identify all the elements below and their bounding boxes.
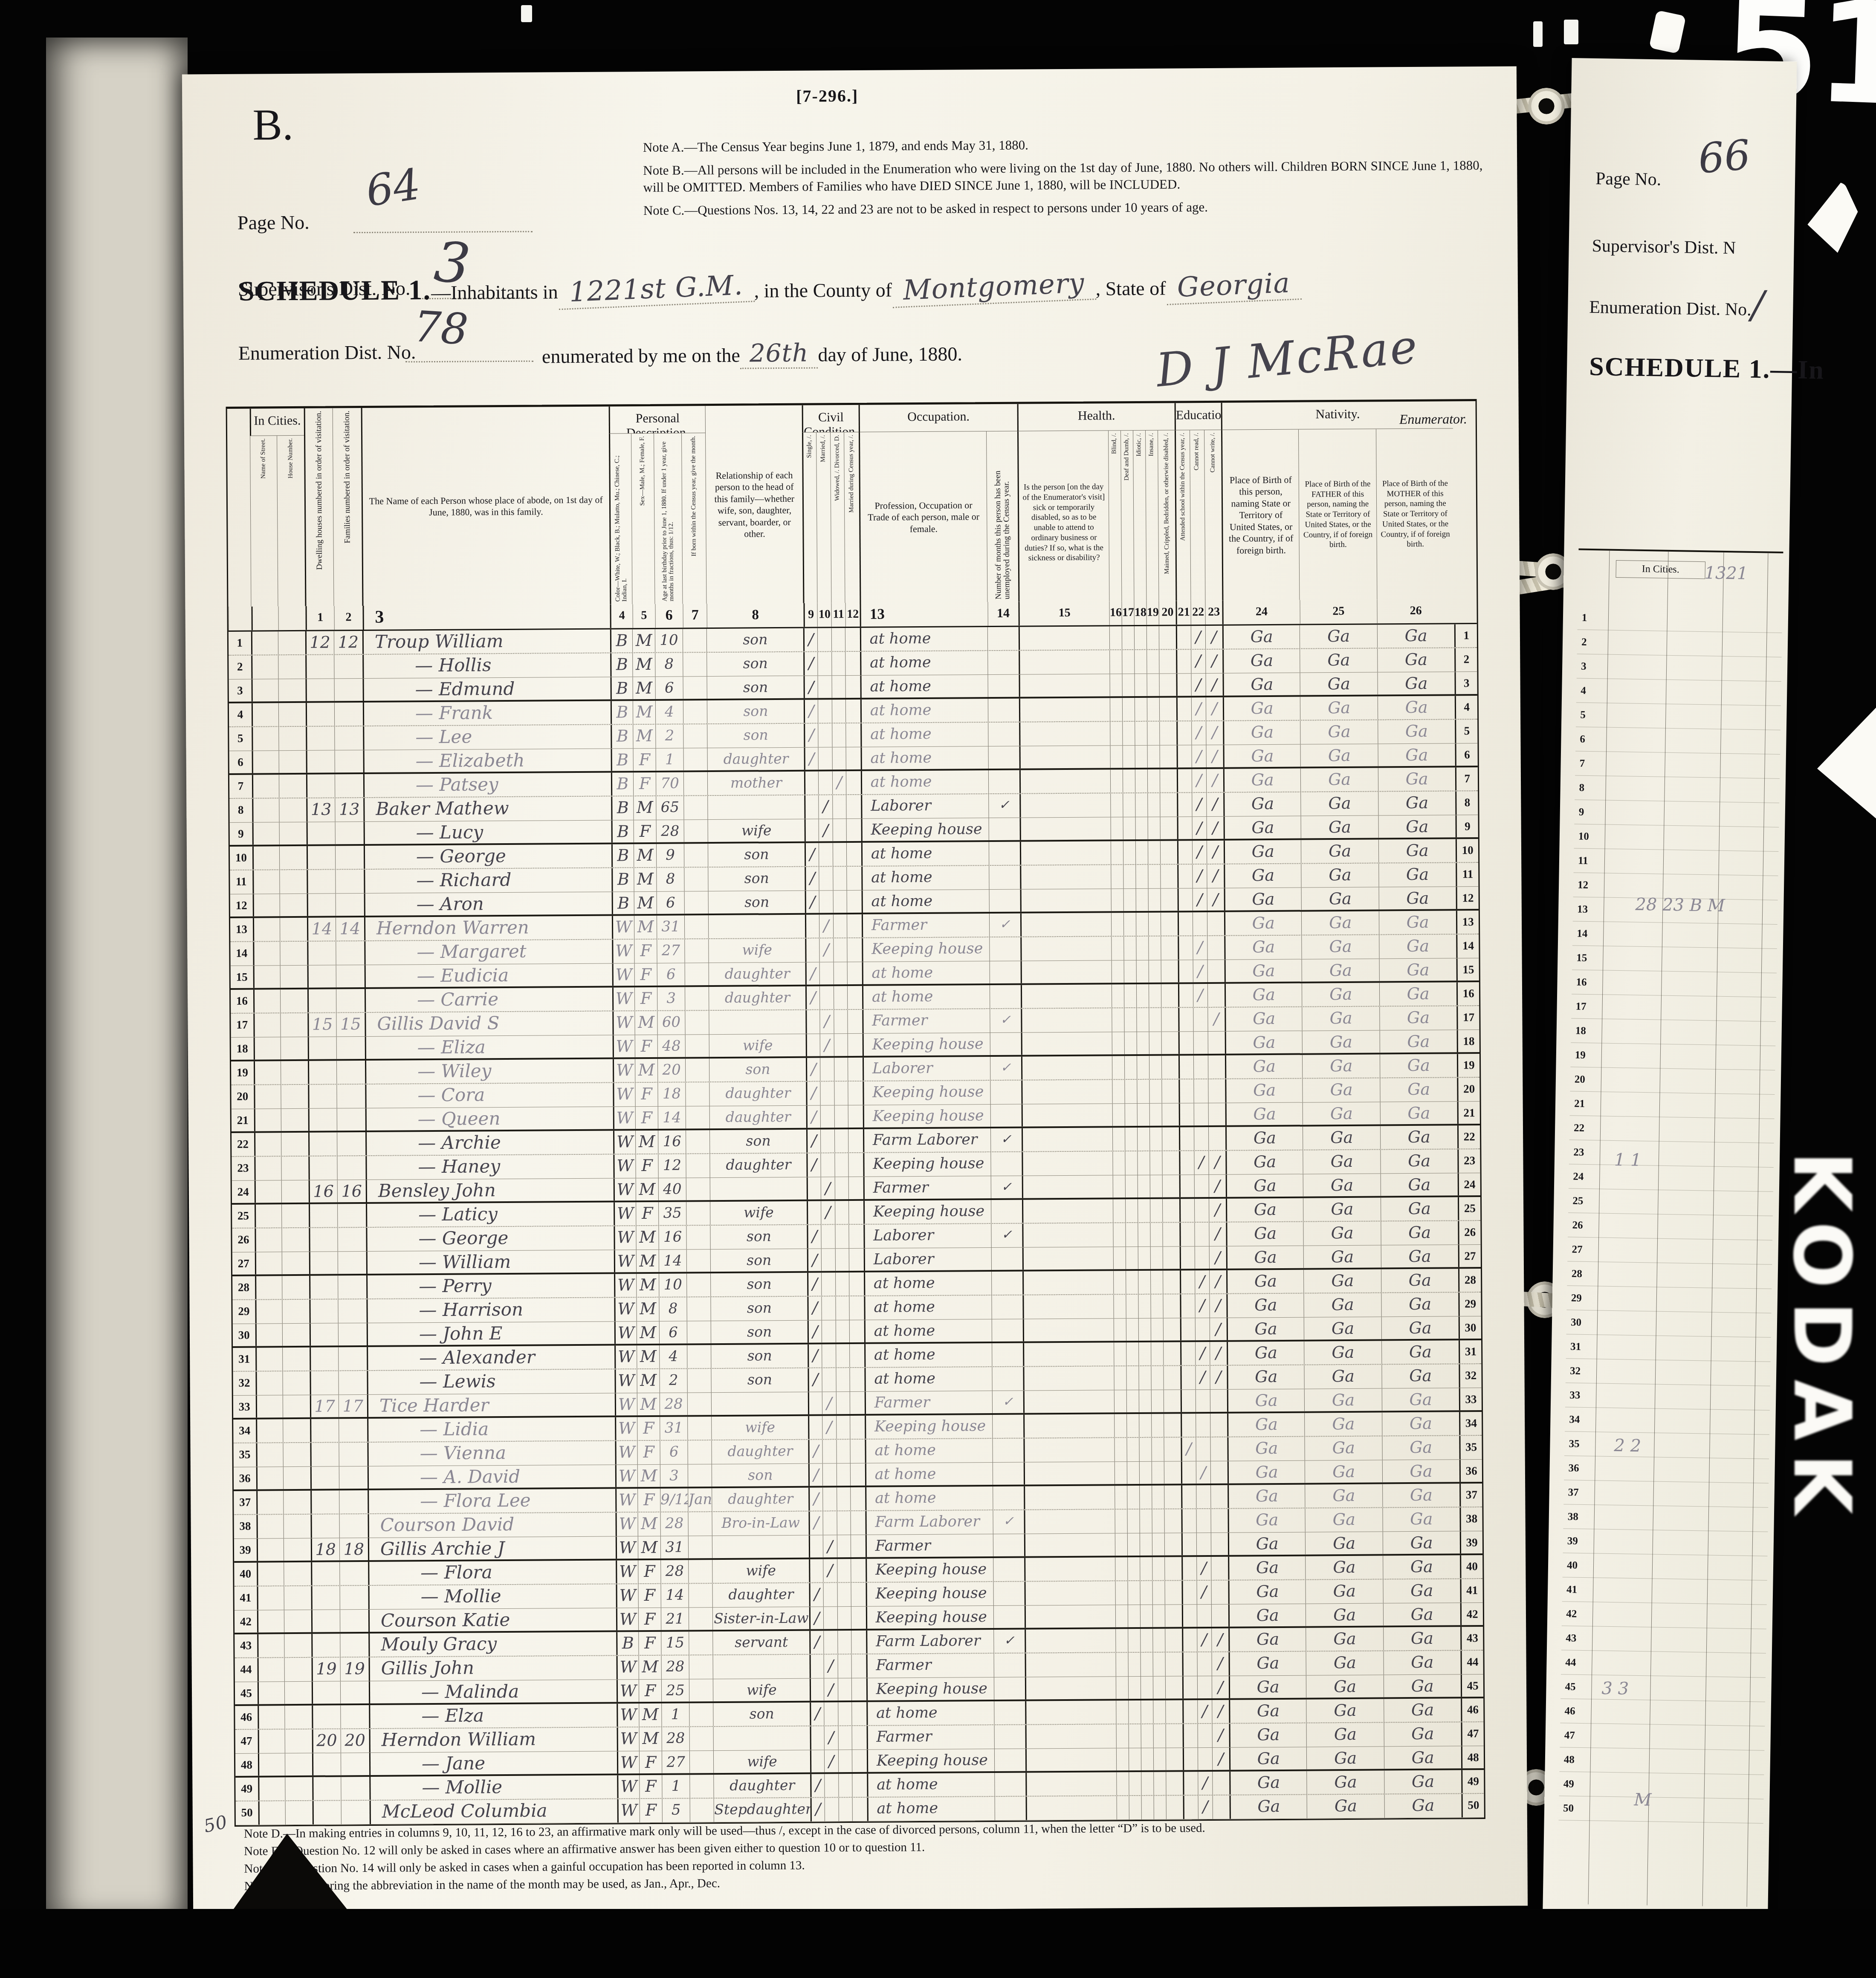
cell-ag: 14: [658, 1106, 686, 1128]
cell-ag: 14: [660, 1584, 689, 1607]
cell-dd: [1123, 841, 1135, 864]
cell-in2: [1147, 674, 1159, 696]
cell-sx: M: [632, 629, 655, 652]
rp-line-number: 10: [1574, 824, 1779, 852]
cell-co: B: [611, 749, 633, 771]
cell-m: [822, 1440, 836, 1463]
cell-bl: [1116, 1724, 1129, 1748]
cell-street: [258, 1777, 285, 1800]
cell-sick: [1022, 1223, 1113, 1247]
cell-in2: [1152, 1605, 1165, 1627]
cell-bp: Ga: [1226, 1198, 1303, 1222]
cell-bf: Ga: [1306, 1627, 1384, 1651]
cell-in2: [1147, 793, 1160, 817]
cell-ln: 50: [236, 1802, 258, 1825]
cell-bm: Ga: [1379, 958, 1456, 981]
cell-cr: [1194, 1175, 1209, 1197]
cell-m: [817, 676, 831, 698]
cell-bl: [1112, 1151, 1125, 1175]
cell-md: [846, 843, 861, 866]
cell-id: [1138, 1175, 1150, 1197]
cell-md: [848, 1105, 863, 1128]
cell-ma: [1160, 793, 1177, 816]
cell-in2: [1148, 841, 1160, 864]
cell-sch: [1178, 936, 1193, 960]
cell-cr: /: [1198, 1772, 1213, 1795]
cell-cr: [1192, 912, 1207, 935]
cell-bf: Ga: [1306, 1723, 1384, 1747]
cell-sick: [1025, 1677, 1116, 1699]
cell-w: [834, 1105, 848, 1128]
rp-supervisor-label: Supervisor's Dist. N: [1592, 236, 1736, 258]
cell-occ: Laborer: [863, 1248, 991, 1271]
cell-cw: [1208, 1056, 1225, 1079]
cell-sick: [1022, 1151, 1113, 1175]
cell-dd: [1124, 1008, 1136, 1032]
cell-bf: Ga: [1301, 792, 1378, 815]
cell-bf: Ga: [1304, 1341, 1381, 1364]
cell-sx: M: [637, 1369, 660, 1393]
cell-ln: 47: [235, 1730, 258, 1753]
cell-dd: [1124, 1032, 1137, 1054]
cell-sch: [1180, 1342, 1195, 1365]
cell-cr: /: [1195, 1366, 1210, 1389]
cell-un: ✓: [993, 1630, 1025, 1653]
cell-m: [822, 1368, 836, 1391]
cell-dw: 18: [310, 1538, 339, 1560]
cell-sch: [1181, 1485, 1196, 1508]
cell-bf: Ga: [1300, 625, 1377, 648]
cell-ag: 6: [655, 677, 683, 699]
cell-sx: M: [633, 796, 656, 820]
cell-sx: M: [633, 677, 655, 699]
cell-mo: [683, 653, 707, 676]
cell-house: [283, 1491, 310, 1514]
cell-ln: 12: [230, 894, 253, 917]
cell-id: [1141, 1796, 1154, 1819]
cell-dw: [309, 1323, 338, 1345]
cell-lnr: 31: [1459, 1340, 1481, 1363]
cell-bm: Ga: [1381, 1245, 1459, 1267]
cell-street: [253, 918, 280, 941]
cell-occ: Laborer: [861, 794, 989, 818]
cell-ag: 48: [657, 1035, 686, 1057]
cell-s: /: [811, 1798, 825, 1821]
cell-sx: F: [637, 1441, 660, 1464]
column-number: [1454, 599, 1477, 623]
cell-occ: at home: [862, 961, 990, 984]
page-no-value: 64: [363, 159, 424, 216]
cell-cw: [1207, 960, 1225, 982]
cell-ma: [1164, 1437, 1181, 1461]
cell-nm: — Hollis: [362, 653, 610, 678]
cell-sch: [1177, 793, 1192, 816]
cell-ln: 10: [230, 847, 252, 870]
cell-bm: Ga: [1382, 1388, 1459, 1411]
cell-bm: Ga: [1378, 839, 1456, 862]
cell-bp: Ga: [1229, 1771, 1307, 1795]
cell-fam: 12: [334, 631, 362, 654]
cell-id: [1135, 865, 1148, 888]
cell-md: [846, 795, 861, 818]
cell-fam: [340, 1634, 368, 1657]
cell-co: B: [611, 796, 634, 820]
cell-bp: Ga: [1225, 1031, 1303, 1054]
cell-fam: [334, 679, 362, 701]
cell-md: [850, 1463, 865, 1486]
cell-ma: [1166, 1772, 1183, 1795]
cell-ma: [1164, 1485, 1181, 1508]
cell-bm: Ga: [1383, 1579, 1460, 1603]
cell-ln: 44: [235, 1658, 258, 1682]
punch-hole: [1528, 88, 1565, 124]
cell-id: [1140, 1605, 1152, 1627]
cell-bm: Ga: [1378, 767, 1456, 791]
cell-street: [255, 1395, 283, 1417]
cell-occ: Farmer: [866, 1654, 994, 1678]
cell-cw: /: [1207, 888, 1224, 911]
cell-sick: [1022, 1271, 1114, 1294]
cell-fam: [335, 822, 363, 844]
cell-nm: — Harrison: [366, 1298, 614, 1323]
cell-street: [256, 1538, 284, 1561]
cell-co: W: [612, 1011, 635, 1035]
cell-nm: — Queen: [365, 1107, 613, 1131]
cell-bm: Ga: [1377, 648, 1455, 672]
cell-nm: Tice Harder: [367, 1393, 615, 1417]
cell-bl: [1113, 1271, 1126, 1294]
cell-ag: 70: [656, 772, 684, 795]
cell-lnr: 45: [1461, 1674, 1483, 1697]
cell-cr: [1197, 1748, 1212, 1770]
cell-cr: /: [1191, 721, 1206, 745]
cell-bp: Ga: [1224, 936, 1302, 960]
cell-dw: 17: [310, 1395, 338, 1417]
cell-bp: Ga: [1226, 1246, 1304, 1269]
cell-s: /: [808, 1487, 822, 1510]
cell-ma: [1160, 841, 1177, 864]
cell-w: [835, 1201, 849, 1224]
cell-un: [994, 1701, 1025, 1724]
cell-bm: Ga: [1384, 1770, 1462, 1793]
cell-ag: 6: [656, 891, 684, 914]
cell-s: /: [808, 1296, 822, 1320]
cell-un: [990, 1105, 1022, 1127]
cell-sx: F: [639, 1680, 661, 1702]
cell-cw: /: [1212, 1700, 1229, 1723]
cell-re: son: [710, 1225, 807, 1249]
cell-id: [1138, 1199, 1150, 1222]
cell-bp: Ga: [1223, 792, 1301, 816]
cell-nm: Baker Mathew: [363, 796, 611, 821]
cell-bf: Ga: [1307, 1794, 1384, 1818]
cell-mo: [688, 1512, 712, 1536]
district-value: 1221st G.M.: [557, 269, 755, 310]
cell-house: [279, 751, 306, 773]
cell-re: [708, 915, 805, 938]
cell-w: [836, 1416, 850, 1439]
cell-bm: Ga: [1380, 1149, 1458, 1173]
cell-bf: Ga: [1306, 1747, 1384, 1769]
cell-bp: Ga: [1223, 697, 1300, 720]
cell-sch: [1181, 1533, 1196, 1555]
cell-sx: M: [634, 868, 657, 891]
cell-bp: Ga: [1227, 1318, 1304, 1340]
film-blemish: [1649, 10, 1686, 54]
cell-cr: [1194, 1127, 1209, 1150]
cell-fam: [334, 655, 362, 678]
cell-cw: /: [1209, 1199, 1226, 1222]
rp-page-no-label: Page No.: [1595, 168, 1662, 190]
cell-cr: [1194, 1199, 1209, 1222]
rp-line-number: 19: [1570, 1043, 1775, 1070]
cell-m: [823, 1607, 837, 1629]
cell-w: /: [832, 771, 846, 794]
cell-ln: 43: [234, 1634, 257, 1657]
cell-in2: [1151, 1366, 1164, 1390]
cell-co: W: [616, 1608, 638, 1630]
cell-ma: [1163, 1270, 1180, 1293]
cell-id: [1135, 841, 1148, 864]
cell-md: [851, 1678, 866, 1700]
cell-ma: [1164, 1390, 1181, 1412]
cell-nm: — Laticy: [366, 1202, 614, 1227]
cell-cw: /: [1209, 1246, 1226, 1269]
cell-w: [834, 1010, 848, 1033]
column-number: 11: [831, 603, 845, 627]
cell-occ: Keeping house: [863, 1081, 990, 1105]
cell-occ: at home: [861, 866, 989, 890]
cell-ag: 6: [660, 1440, 688, 1464]
cell-ag: 28: [660, 1393, 688, 1415]
cell-street: [257, 1658, 284, 1681]
cell-bl: [1112, 960, 1124, 983]
table-header: In Cities. Name of Street. House Number.…: [227, 401, 1477, 632]
column-number: [251, 606, 278, 630]
cell-dd: [1126, 1414, 1139, 1437]
cell-house: [280, 989, 307, 1012]
cell-ln: 26: [232, 1229, 255, 1252]
cell-ma: [1162, 1151, 1179, 1174]
cell-md: [851, 1583, 866, 1606]
cell-ag: 4: [659, 1345, 687, 1368]
cell-in2: [1153, 1700, 1165, 1724]
cell-md: [846, 819, 861, 841]
rp-line-number: 33: [1565, 1383, 1770, 1411]
rp-line-number: 40: [1563, 1553, 1768, 1581]
cell-occ: at home: [864, 1296, 992, 1320]
cell-id: [1136, 889, 1148, 911]
cell-sch: [1178, 984, 1193, 1007]
cell-m: /: [823, 1535, 837, 1557]
cell-dw: [309, 1252, 337, 1274]
cell-dw: 14: [307, 917, 336, 940]
cell-fam: 15: [336, 1013, 365, 1036]
cell-house: [283, 1395, 310, 1417]
cell-ln: 20: [231, 1085, 254, 1109]
rp-line-number: 11: [1574, 848, 1779, 876]
cell-bm: Ga: [1379, 911, 1456, 934]
cell-ag: 3: [657, 987, 685, 1010]
cell-id: [1136, 960, 1149, 983]
cell-re: daughter: [709, 963, 805, 985]
rp-line-number: 50: [1559, 1796, 1764, 1824]
cell-mo: [689, 1775, 714, 1798]
cell-occ: Keeping house: [861, 818, 989, 841]
cell-co: W: [613, 1178, 636, 1200]
cell-m: [820, 1105, 834, 1128]
cell-id: [1141, 1748, 1153, 1770]
cell-nm: — Eudicia: [365, 963, 612, 987]
cell-s: [805, 819, 819, 842]
cell-house: [284, 1538, 311, 1561]
cell-re: son: [711, 1345, 808, 1368]
cell-ag: 1: [655, 748, 683, 770]
cell-cw: [1210, 1485, 1228, 1508]
cell-street: [252, 751, 279, 773]
cell-nm: Mouly Gracy: [368, 1632, 616, 1657]
cell-nm: — Lewis: [367, 1369, 614, 1394]
column-number: 12: [845, 603, 860, 627]
cell-street: [254, 1085, 281, 1108]
cell-cw: [1210, 1390, 1227, 1412]
cell-s: /: [806, 1106, 820, 1128]
cell-dd: [1126, 1271, 1138, 1294]
cell-sch: [1181, 1390, 1196, 1412]
rp-line-number: 37: [1563, 1480, 1769, 1508]
rp-line-number: 47: [1560, 1723, 1765, 1751]
cell-cw: [1208, 1079, 1225, 1103]
cell-sick: [1022, 1128, 1113, 1151]
cell-sch: [1179, 1175, 1194, 1197]
cell-sick: [1020, 960, 1112, 983]
cell-sx: M: [638, 1536, 660, 1559]
cell-co: W: [614, 1322, 637, 1344]
cell-bl: [1111, 817, 1123, 839]
cell-street: [258, 1801, 285, 1825]
cell-sx: F: [640, 1775, 662, 1798]
cell-ag: 27: [657, 939, 685, 963]
cell-s: /: [806, 1130, 820, 1153]
cell-house: [279, 870, 307, 894]
cell-co: W: [615, 1536, 638, 1559]
rp-line-number: 30: [1566, 1310, 1772, 1338]
cell-w: [833, 867, 847, 890]
cell-sx: M: [633, 725, 655, 748]
cell-lnr: 10: [1456, 839, 1478, 862]
cell-un: ✓: [990, 1128, 1022, 1151]
cell-mo: [686, 1202, 710, 1225]
cell-re: son: [711, 1368, 808, 1392]
cell-re: son: [707, 652, 804, 676]
cell-bl: [1110, 769, 1123, 792]
col-married-cy: Married during Census year, /.: [848, 435, 855, 513]
cell-lnr: 11: [1456, 863, 1479, 886]
cell-bl: [1115, 1533, 1127, 1556]
cell-cw: /: [1212, 1652, 1229, 1676]
cell-sch: [1179, 1103, 1194, 1125]
cell-m: [819, 962, 834, 984]
cell-cw: /: [1209, 1294, 1226, 1318]
cell-id: [1140, 1557, 1152, 1580]
rp-line-number: 46: [1560, 1699, 1765, 1726]
cell-ln: 8: [229, 799, 252, 822]
cell-s: /: [804, 676, 818, 698]
cell-cr: /: [1197, 1628, 1212, 1651]
cell-in2: [1147, 722, 1159, 745]
cell-sch: [1180, 1366, 1195, 1389]
cell-dw: [307, 989, 336, 1012]
cell-dd: [1129, 1724, 1141, 1748]
cell-co: W: [615, 1489, 638, 1512]
cell-bl: [1115, 1629, 1128, 1652]
cell-co: B: [610, 677, 633, 699]
cell-id: [1137, 1080, 1149, 1103]
cell-md: [851, 1559, 866, 1582]
cell-mo: [685, 963, 709, 985]
cell-in2: [1152, 1510, 1164, 1533]
rp-page-no-value: 66: [1696, 131, 1752, 183]
rp-handwriting-fragment: 28 23 B M: [1635, 895, 1725, 916]
cell-bp: Ga: [1227, 1365, 1304, 1389]
cell-sch: [1183, 1748, 1198, 1770]
cell-co: W: [612, 1035, 635, 1057]
rp-handwriting-fragment: M: [1634, 1790, 1652, 1810]
cell-house: [282, 1252, 309, 1274]
cell-nm: — Cora: [365, 1083, 613, 1108]
cell-occ: Keeping house: [863, 1152, 991, 1177]
cell-ln: 42: [234, 1611, 257, 1633]
cell-bl: [1117, 1796, 1129, 1819]
cell-bp: Ga: [1228, 1533, 1306, 1555]
cell-bm: Ga: [1381, 1316, 1459, 1339]
cell-ln: 35: [233, 1443, 256, 1467]
cell-sick: [1025, 1629, 1116, 1652]
cell-un: [987, 627, 1019, 650]
cell-street: [258, 1753, 285, 1776]
cell-nm: McLeod Columbia: [370, 1799, 617, 1824]
cell-in2: [1149, 1104, 1162, 1126]
cell-w: [838, 1750, 852, 1772]
cell-sch: [1177, 865, 1192, 888]
rp-line-number: 26: [1568, 1213, 1773, 1241]
col-age: Age at last birthday prior to June 1, 18…: [661, 436, 675, 601]
cell-m: [819, 867, 833, 890]
cell-s: [807, 1201, 821, 1224]
cell-sick: [1024, 1533, 1115, 1556]
cell-un: [993, 1558, 1024, 1581]
cell-street: [255, 1276, 282, 1299]
cell-bm: Ga: [1384, 1794, 1462, 1818]
cell-house: [283, 1419, 310, 1442]
cell-in2: [1152, 1486, 1164, 1509]
cell-fam: [338, 1275, 366, 1298]
column-number: [229, 607, 251, 630]
cell-sx: F: [637, 1489, 660, 1512]
cell-id: [1141, 1700, 1153, 1724]
cell-street: [252, 727, 279, 750]
cell-id: [1141, 1653, 1153, 1676]
cell-occ: Farmer: [865, 1391, 993, 1414]
cell-bm: Ga: [1384, 1698, 1461, 1722]
cell-ma: [1162, 1175, 1179, 1197]
cell-dw: [311, 1634, 340, 1657]
cell-bf: Ga: [1303, 1221, 1381, 1245]
cell-street: [258, 1706, 285, 1729]
rp-table-fragment: In Cities. 12345678910111213141516171819…: [1558, 549, 1783, 1907]
cell-ma: [1161, 1008, 1178, 1031]
cell-cw: [1208, 1103, 1225, 1125]
